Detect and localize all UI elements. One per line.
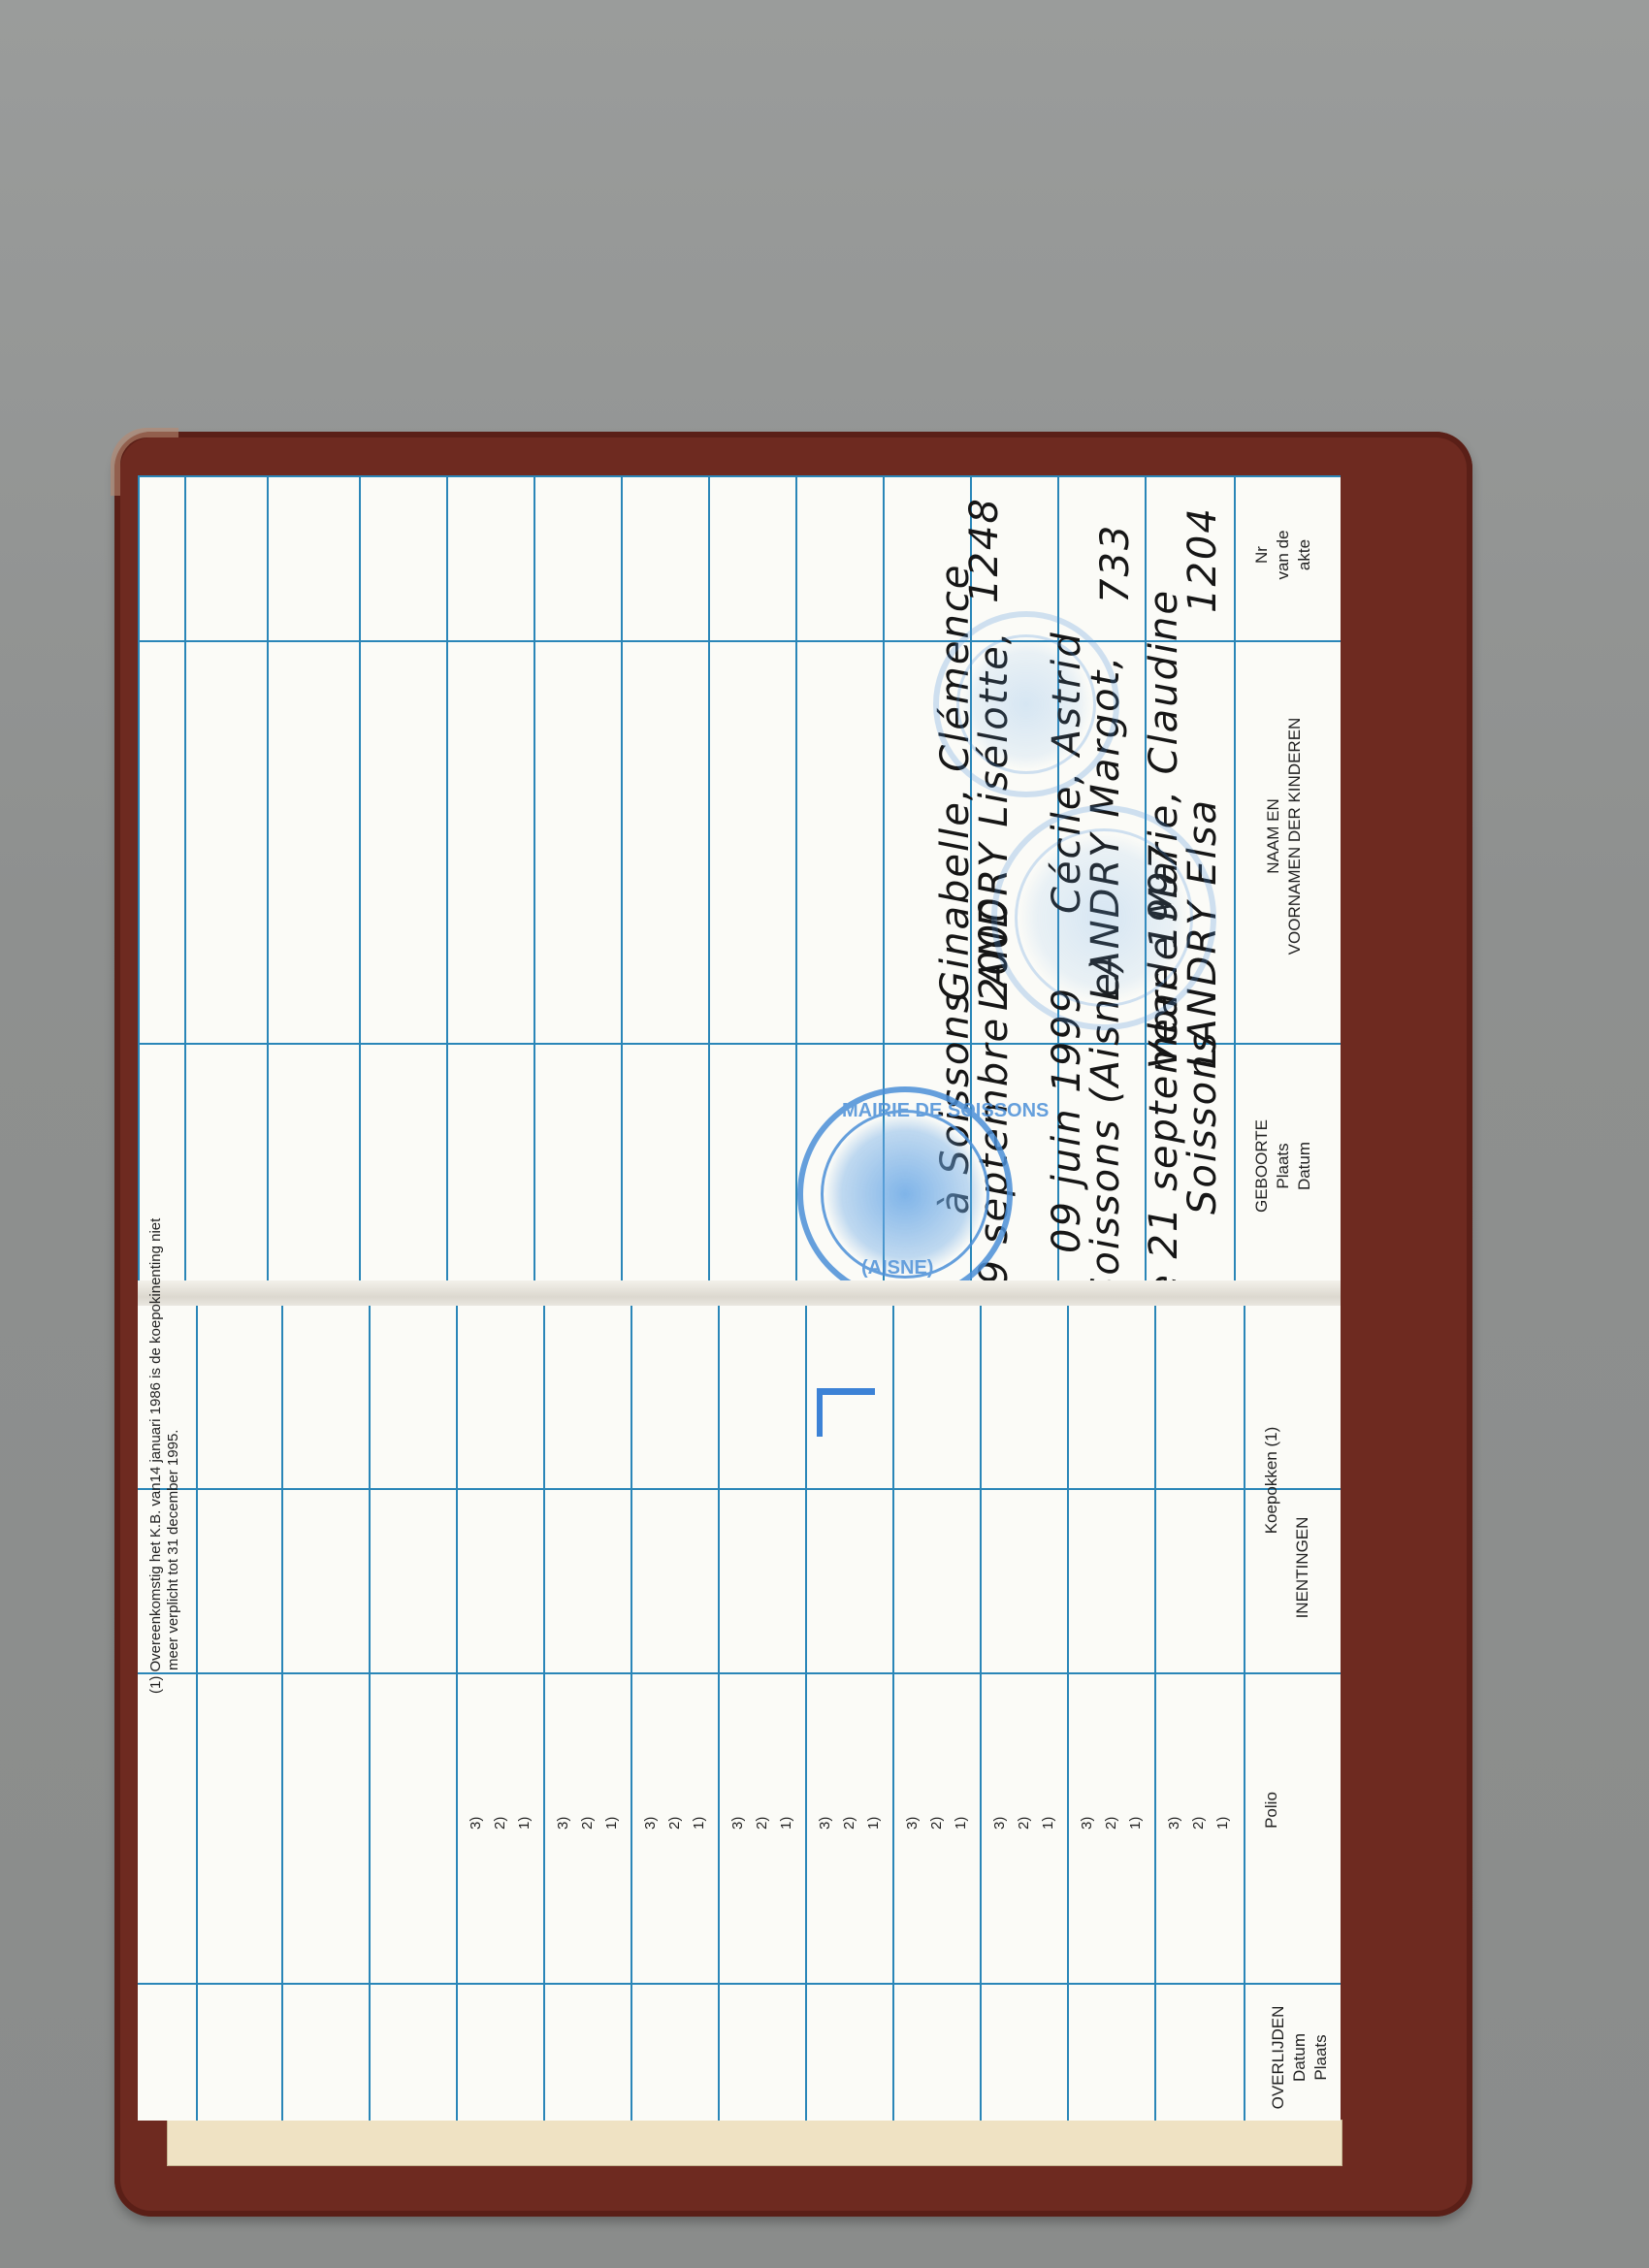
polio-slot-3: 3): [904, 1817, 921, 1830]
row-line: [621, 475, 623, 1292]
col-line-overlijden: [138, 1983, 1341, 1985]
polio-slot-3: 3): [729, 1817, 746, 1830]
vaccination-table: INENTINGEN Koepokken (1) Polio OVERLIJDE…: [138, 1306, 1341, 2121]
row-line: [369, 1306, 371, 2121]
header-overlijden: OVERLIJDEN Datum Plaats: [1268, 1994, 1332, 2121]
bottom-page: INENTINGEN Koepokken (1) Polio OVERLIJDE…: [138, 1306, 1341, 2121]
col-line-polio: [138, 1672, 1341, 1674]
polio-slot-3: 3): [991, 1817, 1008, 1830]
polio-slot-3: 3): [1166, 1817, 1182, 1830]
stamp-text-bottom: (AISNE): [861, 1257, 933, 1280]
polio-slot-2: 2): [492, 1817, 508, 1830]
row-line: [805, 1306, 807, 2121]
polio-slot-3: 3): [555, 1817, 571, 1830]
polio-slot-2: 2): [1016, 1817, 1032, 1830]
faint-stamp-emblem: [956, 634, 1096, 774]
row-line: [281, 1306, 283, 2121]
row-line: [795, 475, 797, 1292]
page-stack-edge: [167, 2120, 1342, 2166]
header-row-line: [1244, 1306, 1245, 2121]
polio-slot-1: 1): [1040, 1817, 1056, 1830]
polio-slot-1: 1): [778, 1817, 794, 1830]
polio-slot-2: 2): [666, 1817, 683, 1830]
table-border: [138, 475, 140, 1292]
row-line: [708, 475, 710, 1292]
header-geboorte: GEBOORTE Plaats Datum: [1251, 1059, 1315, 1273]
row-line: [1067, 1306, 1069, 2121]
top-page: Nr van de akte NAAM EN VOORNAMEN DER KIN…: [138, 475, 1341, 1292]
row-line: [718, 1306, 720, 2121]
polio-slot-1: 1): [953, 1817, 969, 1830]
ink-mark-drip: [817, 1388, 823, 1437]
header-row-line: [1234, 475, 1236, 1292]
polio-slot-1: 1): [1214, 1817, 1231, 1830]
header-inentingen: INENTINGEN: [1292, 1442, 1313, 1694]
header-naam-voornamen: NAAM EN VOORNAMEN DER KINDEREN: [1263, 652, 1306, 1021]
polio-slot-1: 1): [691, 1817, 707, 1830]
faint-stamp-offset: [933, 611, 1119, 797]
polio-slot-3: 3): [1079, 1817, 1095, 1830]
polio-slot-1: 1): [1127, 1817, 1144, 1830]
entry-2-akte-nr: 733: [1093, 524, 1138, 603]
polio-slot-2: 2): [841, 1817, 857, 1830]
faint-stamp-offset-2: [991, 805, 1216, 1030]
entry-1-akte-nr: 1204: [1180, 506, 1225, 613]
footnote: (1) Overeenkomstig het K.B. van14 januar…: [147, 1015, 182, 1694]
polio-slot-2: 2): [928, 1817, 945, 1830]
row-line: [543, 1306, 545, 2121]
mairie-stamp: MAIRIE DE SOISSONS (AISNE): [797, 1086, 1013, 1302]
polio-slot-1: 1): [603, 1817, 620, 1830]
col-line-koepokken: [138, 1488, 1341, 1490]
polio-slot-2: 2): [1190, 1817, 1207, 1830]
polio-slot-1: 1): [865, 1817, 882, 1830]
polio-slot-3: 3): [817, 1817, 833, 1830]
stamp-text-top: MAIRIE DE SOISSONS: [842, 1100, 1049, 1122]
row-line: [980, 1306, 982, 2121]
polio-slot-3: 3): [468, 1817, 484, 1830]
row-line: [267, 475, 269, 1292]
polio-slot-1: 1): [516, 1817, 533, 1830]
row-line: [446, 475, 448, 1292]
col-line-edge: [138, 475, 1341, 477]
row-line: [196, 1306, 198, 2121]
polio-slot-3: 3): [642, 1817, 659, 1830]
row-line: [892, 1306, 894, 2121]
header-koepokken: Koepokken (1): [1261, 1383, 1282, 1577]
header-nr-van-de-akte: Nr van de akte: [1251, 487, 1315, 623]
row-line: [184, 475, 186, 1292]
row-line: [1154, 1306, 1156, 2121]
polio-slot-2: 2): [754, 1817, 770, 1830]
polio-slot-2: 2): [1103, 1817, 1119, 1830]
entry-1-birth-place: Soissons: [1180, 1031, 1225, 1215]
ink-mark: [817, 1388, 875, 1395]
row-line: [630, 1306, 632, 2121]
row-line: [533, 475, 535, 1292]
row-line: [359, 475, 361, 1292]
stamp-emblem: [821, 1110, 989, 1279]
polio-slot-2: 2): [579, 1817, 596, 1830]
faint-stamp-emblem-2: [1015, 828, 1193, 1007]
header-polio: Polio: [1261, 1713, 1282, 1907]
row-line: [456, 1306, 458, 2121]
